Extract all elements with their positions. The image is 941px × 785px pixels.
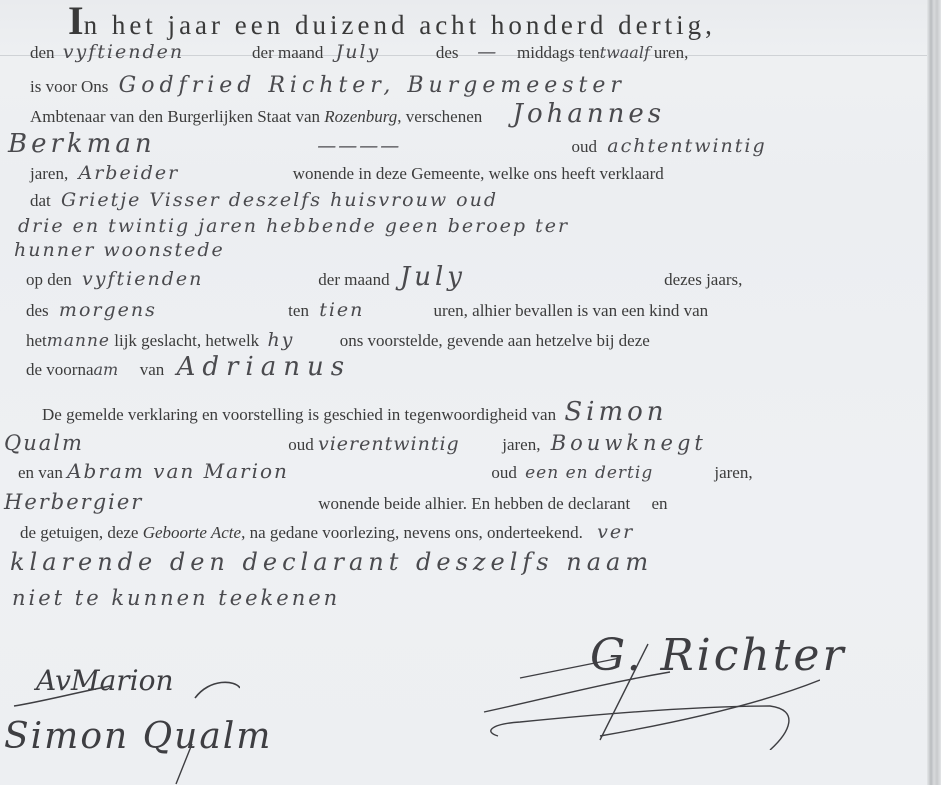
printed-text: dezes jaars, — [664, 270, 742, 289]
handwritten-hour: twaalf — [600, 43, 650, 63]
printed-text: wonende in deze Gemeente, welke ons heef… — [293, 164, 664, 183]
officiant-line: is voor Ons Godfried Richter, Burgemeest… — [30, 76, 626, 97]
occupation-line: jaren, Arbeider wonende in deze Gemeente… — [30, 163, 664, 184]
signing-line: de getuigen, deze Geboorte Acte, na geda… — [20, 522, 634, 543]
witness2-occupation-line: Herbergier wonende beide alhier. En hebb… — [4, 492, 668, 514]
sex-line: hetmanne lijk geslacht, hetwelk hy ons v… — [26, 330, 650, 351]
handwritten-officiant-name: Godfried Richter, Burgemeester — [119, 73, 626, 98]
record-heading: In het jaar een duizend acht honderd der… — [68, 2, 716, 44]
handwritten-witness1-occupation: Bouwknegt — [551, 431, 707, 455]
mother-age-line: drie en twintig jaren hebbende geen bero… — [18, 216, 569, 237]
handwritten-annotation: niet te kunnen teekenen — [12, 586, 340, 610]
drop-cap: I — [68, 0, 84, 43]
handwritten-dash: — — [463, 42, 513, 62]
printed-text: jaren, — [714, 463, 752, 482]
printed-text: lijk geslacht, hetwelk — [114, 331, 259, 350]
printed-text: der maand — [318, 270, 389, 289]
mother-line: dat Grietje Visser deszelfs huisvrouw ou… — [30, 190, 498, 211]
printed-text: des — [436, 43, 459, 62]
handwritten-witness2-name: Abram van Marion — [67, 461, 487, 481]
handwritten-birth-day: vyftienden — [82, 269, 314, 289]
printed-text: van — [140, 360, 165, 379]
printed-text: het — [26, 331, 47, 350]
printed-text: oud — [288, 435, 314, 454]
handwritten-witness1-surname: Qualm — [4, 433, 284, 453]
handwritten-father-occupation: Arbeider — [78, 163, 288, 183]
birth-time-line: des morgens ten tien uren, alhier bevall… — [26, 300, 708, 321]
handwritten-pronoun: hy — [267, 330, 335, 350]
printed-text: dat — [30, 191, 51, 210]
printed-text: uren, — [654, 43, 688, 62]
handwritten-filler-dash: ———— — [317, 136, 567, 156]
printed-text: De gemelde verklaring en voorstelling is… — [42, 405, 556, 424]
handwritten-mother-details: Grietje Visser deszelfs huisvrouw oud — [61, 189, 498, 211]
father-line: Berkman ———— oud achtentwintig — [8, 134, 767, 157]
page-right-edge — [927, 0, 941, 785]
printed-text: ten — [288, 301, 309, 320]
printed-text: des — [26, 301, 49, 320]
handwritten-residence: hunner woonstede — [14, 239, 225, 261]
printed-text: de getuigen, deze — [20, 523, 138, 542]
printed-text: uren, alhier bevallen is van een kind va… — [433, 301, 708, 320]
printed-place-name: Rozenburg — [324, 107, 397, 126]
date-line: den vyftienden der maand July des — midd… — [30, 42, 688, 63]
handwritten-witness1-age: vierentwintig — [318, 434, 498, 454]
handwritten-month: July — [336, 42, 432, 62]
printed-text: wonende beide alhier. En hebben de decla… — [318, 494, 667, 513]
signature-flourish-icon — [10, 672, 240, 712]
handwritten-time-of-day: morgens — [59, 300, 284, 320]
handwritten-child-name: Adrianus — [177, 352, 352, 382]
witness2-line: en van Abram van Marion oud een en derti… — [18, 461, 753, 483]
handwritten-father-age: achtentwintig — [607, 135, 766, 157]
printed-text: en van — [18, 463, 63, 482]
printed-text: middags ten — [517, 43, 600, 62]
handwritten-correction: am — [94, 360, 136, 380]
witness-intro-line: De gemelde verklaring en voorstelling is… — [42, 402, 668, 425]
residence-line: hunner woonstede — [14, 240, 225, 261]
registrar-line: Ambtenaar van den Burgerlijken Staat van… — [30, 104, 665, 127]
printed-text: den — [30, 43, 55, 62]
annotation-line-2: niet te kunnen teekenen — [12, 588, 340, 610]
handwritten-birth-hour: tien — [319, 300, 429, 320]
heading-text: n het jaar een duizend acht honderd dert… — [84, 10, 716, 40]
handwritten-day: vyftienden — [63, 42, 248, 62]
printed-text: ons voorstelde, gevende aan hetzelve bij… — [340, 331, 650, 350]
printed-text: de voorna — [26, 360, 94, 379]
witness1-line: Qualm oud vierentwintig jaren, Bouwknegt — [4, 433, 707, 455]
printed-text: oud — [572, 137, 598, 156]
signature-flourish-icon — [170, 740, 200, 785]
handwritten-witness2-age: een en dertig — [525, 463, 710, 483]
handwritten-sex: manne — [47, 331, 110, 351]
printed-text: der maand — [252, 43, 323, 62]
signature-flourish-icon — [480, 640, 820, 750]
printed-text: is voor Ons — [30, 77, 108, 96]
printed-document-type: Geboorte Acte — [143, 523, 241, 542]
printed-text: jaren, — [502, 435, 540, 454]
annotation-line-1: klarende den declarant deszelfs naam — [10, 552, 653, 575]
handwritten-witness1-first-name: Simon — [564, 397, 667, 427]
printed-text: , na gedane voorlezing, nevens ons, onde… — [241, 523, 583, 542]
child-name-line: de voornaam van Adrianus — [26, 357, 351, 380]
handwritten-father-surname: Berkman — [8, 134, 313, 154]
handwritten-birth-month: July — [400, 267, 660, 287]
printed-text: Ambtenaar van den Burgerlijken Staat van — [30, 107, 320, 126]
handwritten-father-first-name: Johannes — [513, 99, 666, 129]
printed-text: op den — [26, 270, 72, 289]
printed-text: jaren, — [30, 164, 68, 183]
handwritten-mother-age: drie en twintig jaren hebbende geen bero… — [18, 215, 569, 237]
printed-text: oud — [491, 463, 517, 482]
handwritten-witness2-occupation: Herbergier — [4, 492, 314, 512]
printed-text: , verschenen — [397, 107, 482, 126]
signature-witness1: Simon Qualm — [4, 716, 272, 757]
handwritten-annotation: klarende den declarant deszelfs naam — [10, 548, 653, 576]
handwritten-annotation-start: ver — [597, 521, 634, 543]
birth-date-line: op den vyftienden der maand July dezes j… — [26, 267, 742, 290]
